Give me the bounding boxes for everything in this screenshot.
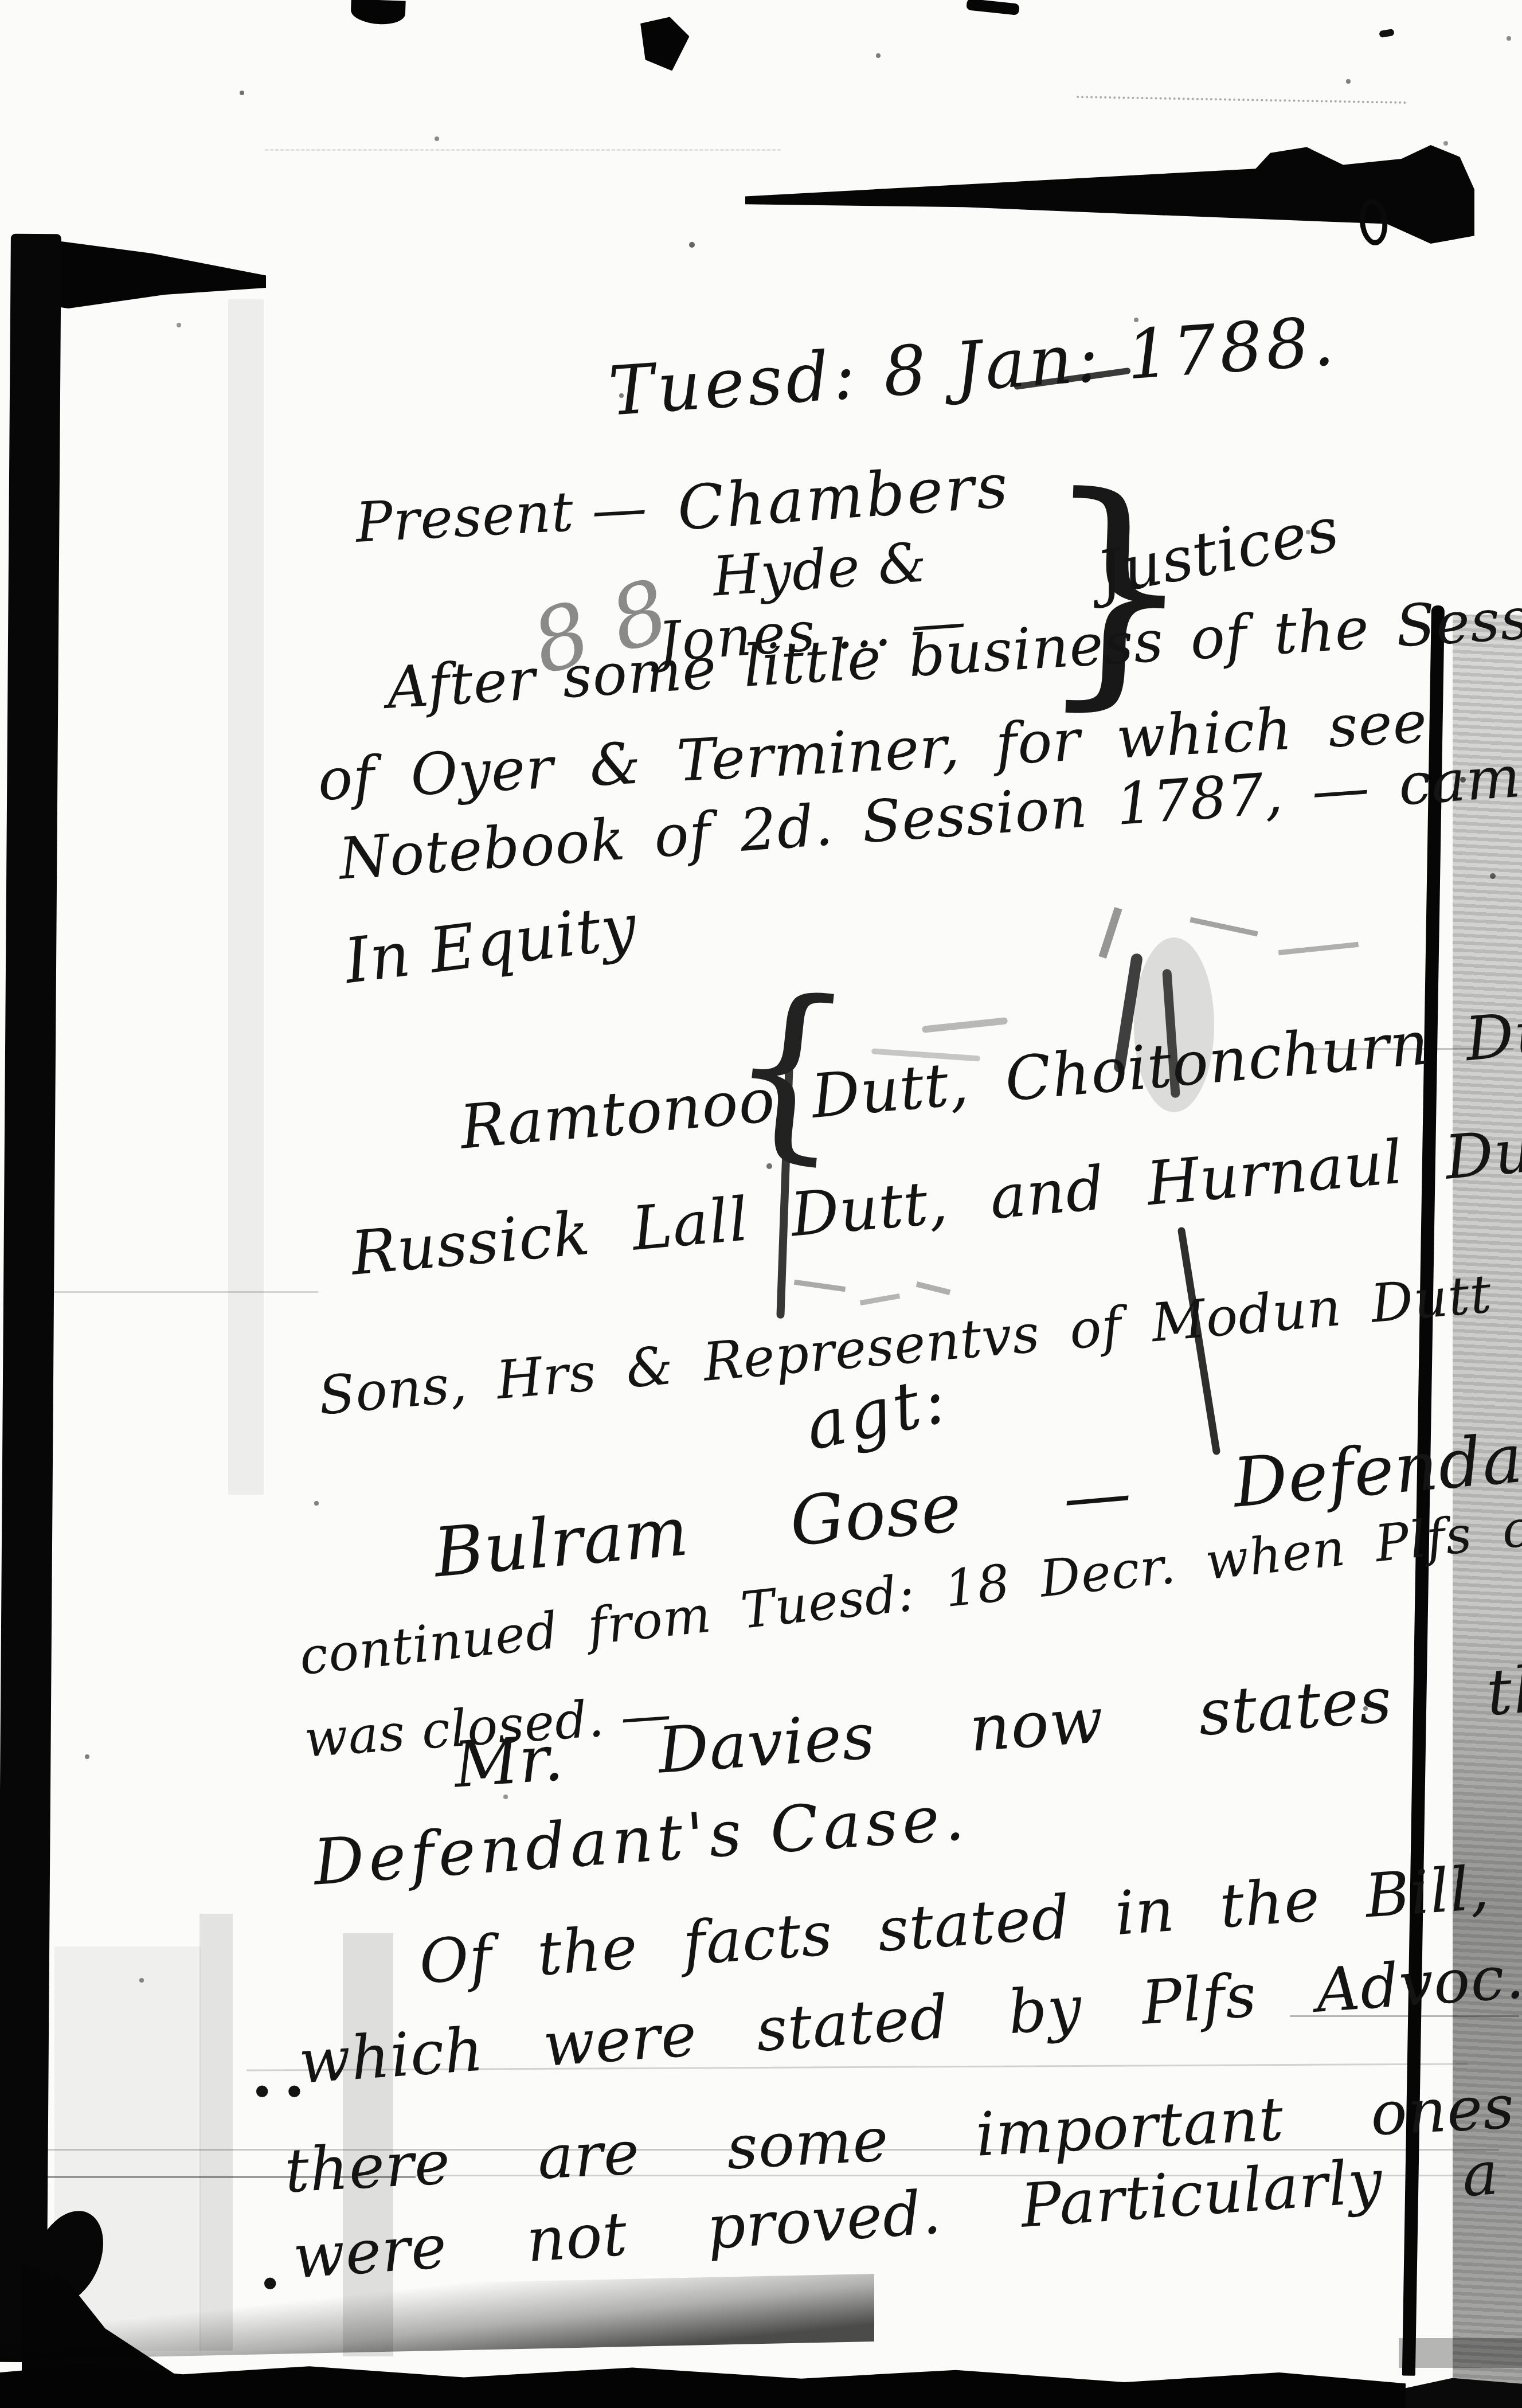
ink-blot-top-center (633, 12, 692, 73)
bleedthrough-mark-3 (794, 1280, 846, 1292)
bleedthrough-mark-5 (916, 1281, 951, 1295)
bleedthrough-mark-1 (922, 1017, 1008, 1033)
left-binding-shadow (0, 234, 61, 2363)
justice-chambers: Chambers (675, 454, 1012, 541)
proceedings-line-1: Mr. Davies now states the (452, 1653, 1522, 1799)
faint-rule-line-7 (20, 1291, 318, 1293)
bleedthrough-scribble-3 (1098, 907, 1122, 959)
bottom-edge-shadow (0, 2347, 1406, 2408)
fold-shadow-upper (228, 299, 264, 1495)
ink-blot-top-left (350, 0, 405, 25)
paper-specks (0, 0, 2, 2)
margin-dot: . (259, 2233, 281, 2300)
faint-scan-line (265, 149, 781, 151)
dotted-scan-line (1077, 96, 1406, 104)
bleedthrough-scribble-1 (1190, 917, 1258, 937)
equity-heading: In Equity (341, 894, 640, 995)
bottom-right-gray-smudge (1399, 2338, 1522, 2368)
bleedthrough-mark-4 (860, 1293, 900, 1305)
manuscript-page: 88 Tuesd: 8 Jan: 1788. Present — Chamber… (0, 0, 1522, 2408)
ink-speck-top-right (1379, 29, 1395, 38)
ink-dash-top (966, 0, 1020, 15)
proceedings-line-2: Defendant's Case. (311, 1784, 971, 1896)
present-label: Present — (354, 479, 649, 552)
fold-shadow-lower (199, 1914, 233, 2351)
heading-date: Tuesd: 8 Jan: 1788. (607, 306, 1340, 427)
bleedthrough-scribble-2 (1278, 942, 1359, 956)
margin-dots: .. (251, 2041, 316, 2108)
